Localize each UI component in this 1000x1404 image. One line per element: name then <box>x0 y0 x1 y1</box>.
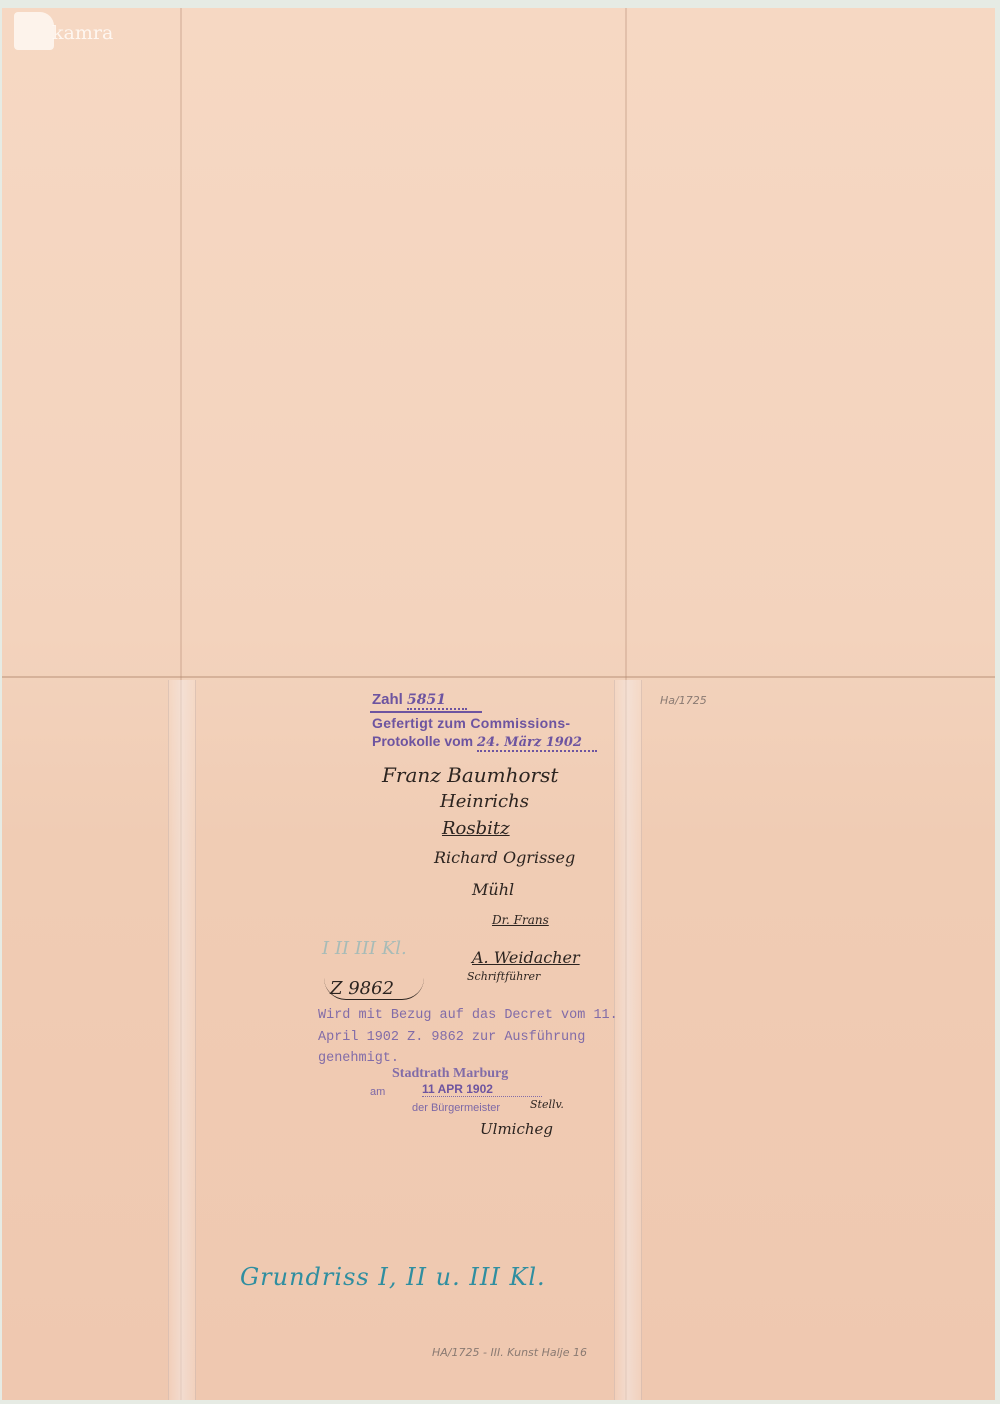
mayor-signature: Ulmicheg <box>480 1120 553 1138</box>
zahl-label: Zahl <box>372 691 403 708</box>
kamra-watermark: kamra <box>12 10 122 50</box>
signature-3: Rosbitz <box>442 818 510 839</box>
zahl-value: 5851 <box>407 692 467 710</box>
authority-stamp: Stadtrath Marburg <box>392 1066 508 1082</box>
archive-mark-right: Ha/1725 <box>660 694 707 707</box>
approval-date: 11 APR 1902 <box>422 1082 542 1097</box>
decree-line3: genehmigt. <box>318 1051 399 1066</box>
decree-line2: April 1902 Z. 9862 zur Ausführung <box>318 1030 585 1045</box>
kamra-logo-text: kamra <box>52 22 113 44</box>
kamra-logo-icon <box>14 12 54 50</box>
mayor-label: der Bürgermeister <box>412 1102 500 1114</box>
blue-handwritten-note: Grundriss I, II u. III Kl. <box>240 1263 546 1291</box>
repair-tape-left <box>168 680 196 1400</box>
signature-1: Franz Baumhorst <box>382 763 558 787</box>
mayor-note: Stellv. <box>530 1098 564 1111</box>
stamp-line1: Gefertigt zum Commissions- <box>372 715 570 731</box>
document-page: Zahl 5851 Gefertigt zum Commissions- Pro… <box>2 8 995 1400</box>
protokolle-label: Protokolle vom <box>372 733 473 749</box>
faint-class-marks: I II III Kl. <box>322 938 407 959</box>
archive-mark-bottom: HA/1725 - III. Kunst Halje 16 <box>432 1346 587 1359</box>
signature-5: Mühl <box>472 880 514 899</box>
fold-line-horizontal <box>2 676 995 678</box>
stamp-line2: Protokolle vom 24. März 1902 <box>372 733 597 752</box>
stamp-rule <box>370 711 482 713</box>
zahl-stamp: Zahl 5851 <box>372 691 467 710</box>
secretary-signature: A. Weidacher <box>472 948 580 967</box>
signature-2: Heinrichs <box>440 791 529 812</box>
secretary-title: Schriftführer <box>467 970 540 983</box>
reference-number: Z 9862 <box>324 978 424 1000</box>
signature-6: Dr. Frans <box>492 913 549 927</box>
decree-line1: Wird mit Bezug auf das Decret vom 11. <box>318 1008 618 1023</box>
repair-tape-right <box>614 680 642 1400</box>
date-label: am <box>370 1086 385 1098</box>
protokolle-date: 24. März 1902 <box>477 735 597 752</box>
signature-4: Richard Ogrisseg <box>434 848 575 867</box>
